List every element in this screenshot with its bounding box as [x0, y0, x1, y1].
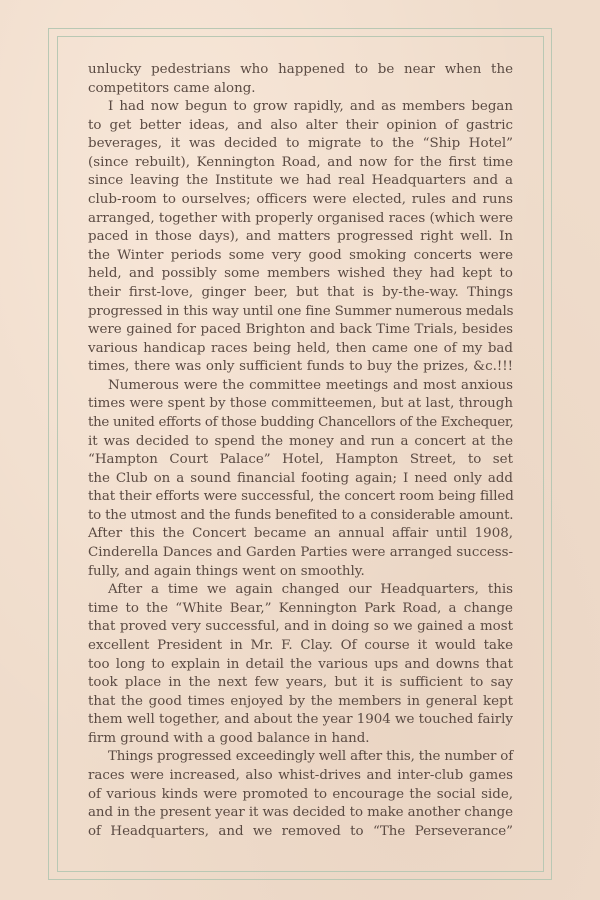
text-line: races were increased, also whist-drives … — [88, 767, 513, 786]
paragraph-first-line: I had now begun to grow rapidly, and as … — [88, 98, 513, 117]
text-line: competitors came along. — [88, 80, 513, 99]
text-line: time to the “White Bear,” Kennington Par… — [88, 600, 513, 619]
text-line: progressed in this way until one fine Su… — [88, 303, 513, 322]
text-line: to the utmost and the funds benefited to… — [88, 507, 513, 526]
book-page: unlucky pedestrians who happened to be n… — [0, 0, 600, 900]
text-line: unlucky pedestrians who happened to be n… — [88, 61, 513, 80]
text-line: to get better ideas, and also alter thei… — [88, 117, 513, 136]
text-line: excellent President in Mr. F. Clay. Of c… — [88, 637, 513, 656]
text-line: them well together, and about the year 1… — [88, 711, 513, 730]
body-text: unlucky pedestrians who happened to be n… — [88, 61, 513, 841]
text-line: their first-love, ginger beer, but that … — [88, 284, 513, 303]
text-line: times, there was only sufficient funds t… — [88, 358, 513, 377]
text-line: the Club on a sound financial footing ag… — [88, 470, 513, 489]
text-line: of Headquarters, and we removed to “The … — [88, 823, 513, 842]
text-line: took place in the next few years, but it… — [88, 674, 513, 693]
text-line: (since rebuilt), Kennington Road, and no… — [88, 154, 513, 173]
text-line: club-room to ourselves; officers were el… — [88, 191, 513, 210]
paragraph-first-line: Things progressed exceedingly well after… — [88, 748, 513, 767]
text-line: the united efforts of those budding Chan… — [88, 414, 513, 433]
text-line: “Hampton Court Palace” Hotel, Hampton St… — [88, 451, 513, 470]
text-line: that their efforts were successful, the … — [88, 488, 513, 507]
text-line: and in the present year it was decided t… — [88, 804, 513, 823]
text-line: the Winter periods some very good smokin… — [88, 247, 513, 266]
text-line: beverages, it was decided to migrate to … — [88, 135, 513, 154]
text-line: After this the Concert became an annual … — [88, 525, 513, 544]
text-line: too long to explain in detail the variou… — [88, 656, 513, 675]
paragraph-first-line: Numerous were the committee meetings and… — [88, 377, 513, 396]
text-line: it was decided to spend the money and ru… — [88, 433, 513, 452]
text-line: were gained for paced Brighton and back … — [88, 321, 513, 340]
text-line: times were spent by those committeemen, … — [88, 395, 513, 414]
text-line: of various kinds were promoted to encour… — [88, 786, 513, 805]
text-line: held, and possibly some members wished t… — [88, 265, 513, 284]
text-line: that proved very successful, and in doin… — [88, 618, 513, 637]
text-line: paced in those days), and matters progre… — [88, 228, 513, 247]
text-line: various handicap races being held, then … — [88, 340, 513, 359]
paragraph-first-line: After a time we again changed our Headqu… — [88, 581, 513, 600]
text-line: arranged, together with properly organis… — [88, 210, 513, 229]
text-line: firm ground with a good balance in hand. — [88, 730, 513, 749]
text-line: Cinderella Dances and Garden Parties wer… — [88, 544, 513, 563]
text-line: fully, and again things went on smoothly… — [88, 563, 513, 582]
text-line: that the good times enjoyed by the membe… — [88, 693, 513, 712]
text-line: since leaving the Institute we had real … — [88, 172, 513, 191]
